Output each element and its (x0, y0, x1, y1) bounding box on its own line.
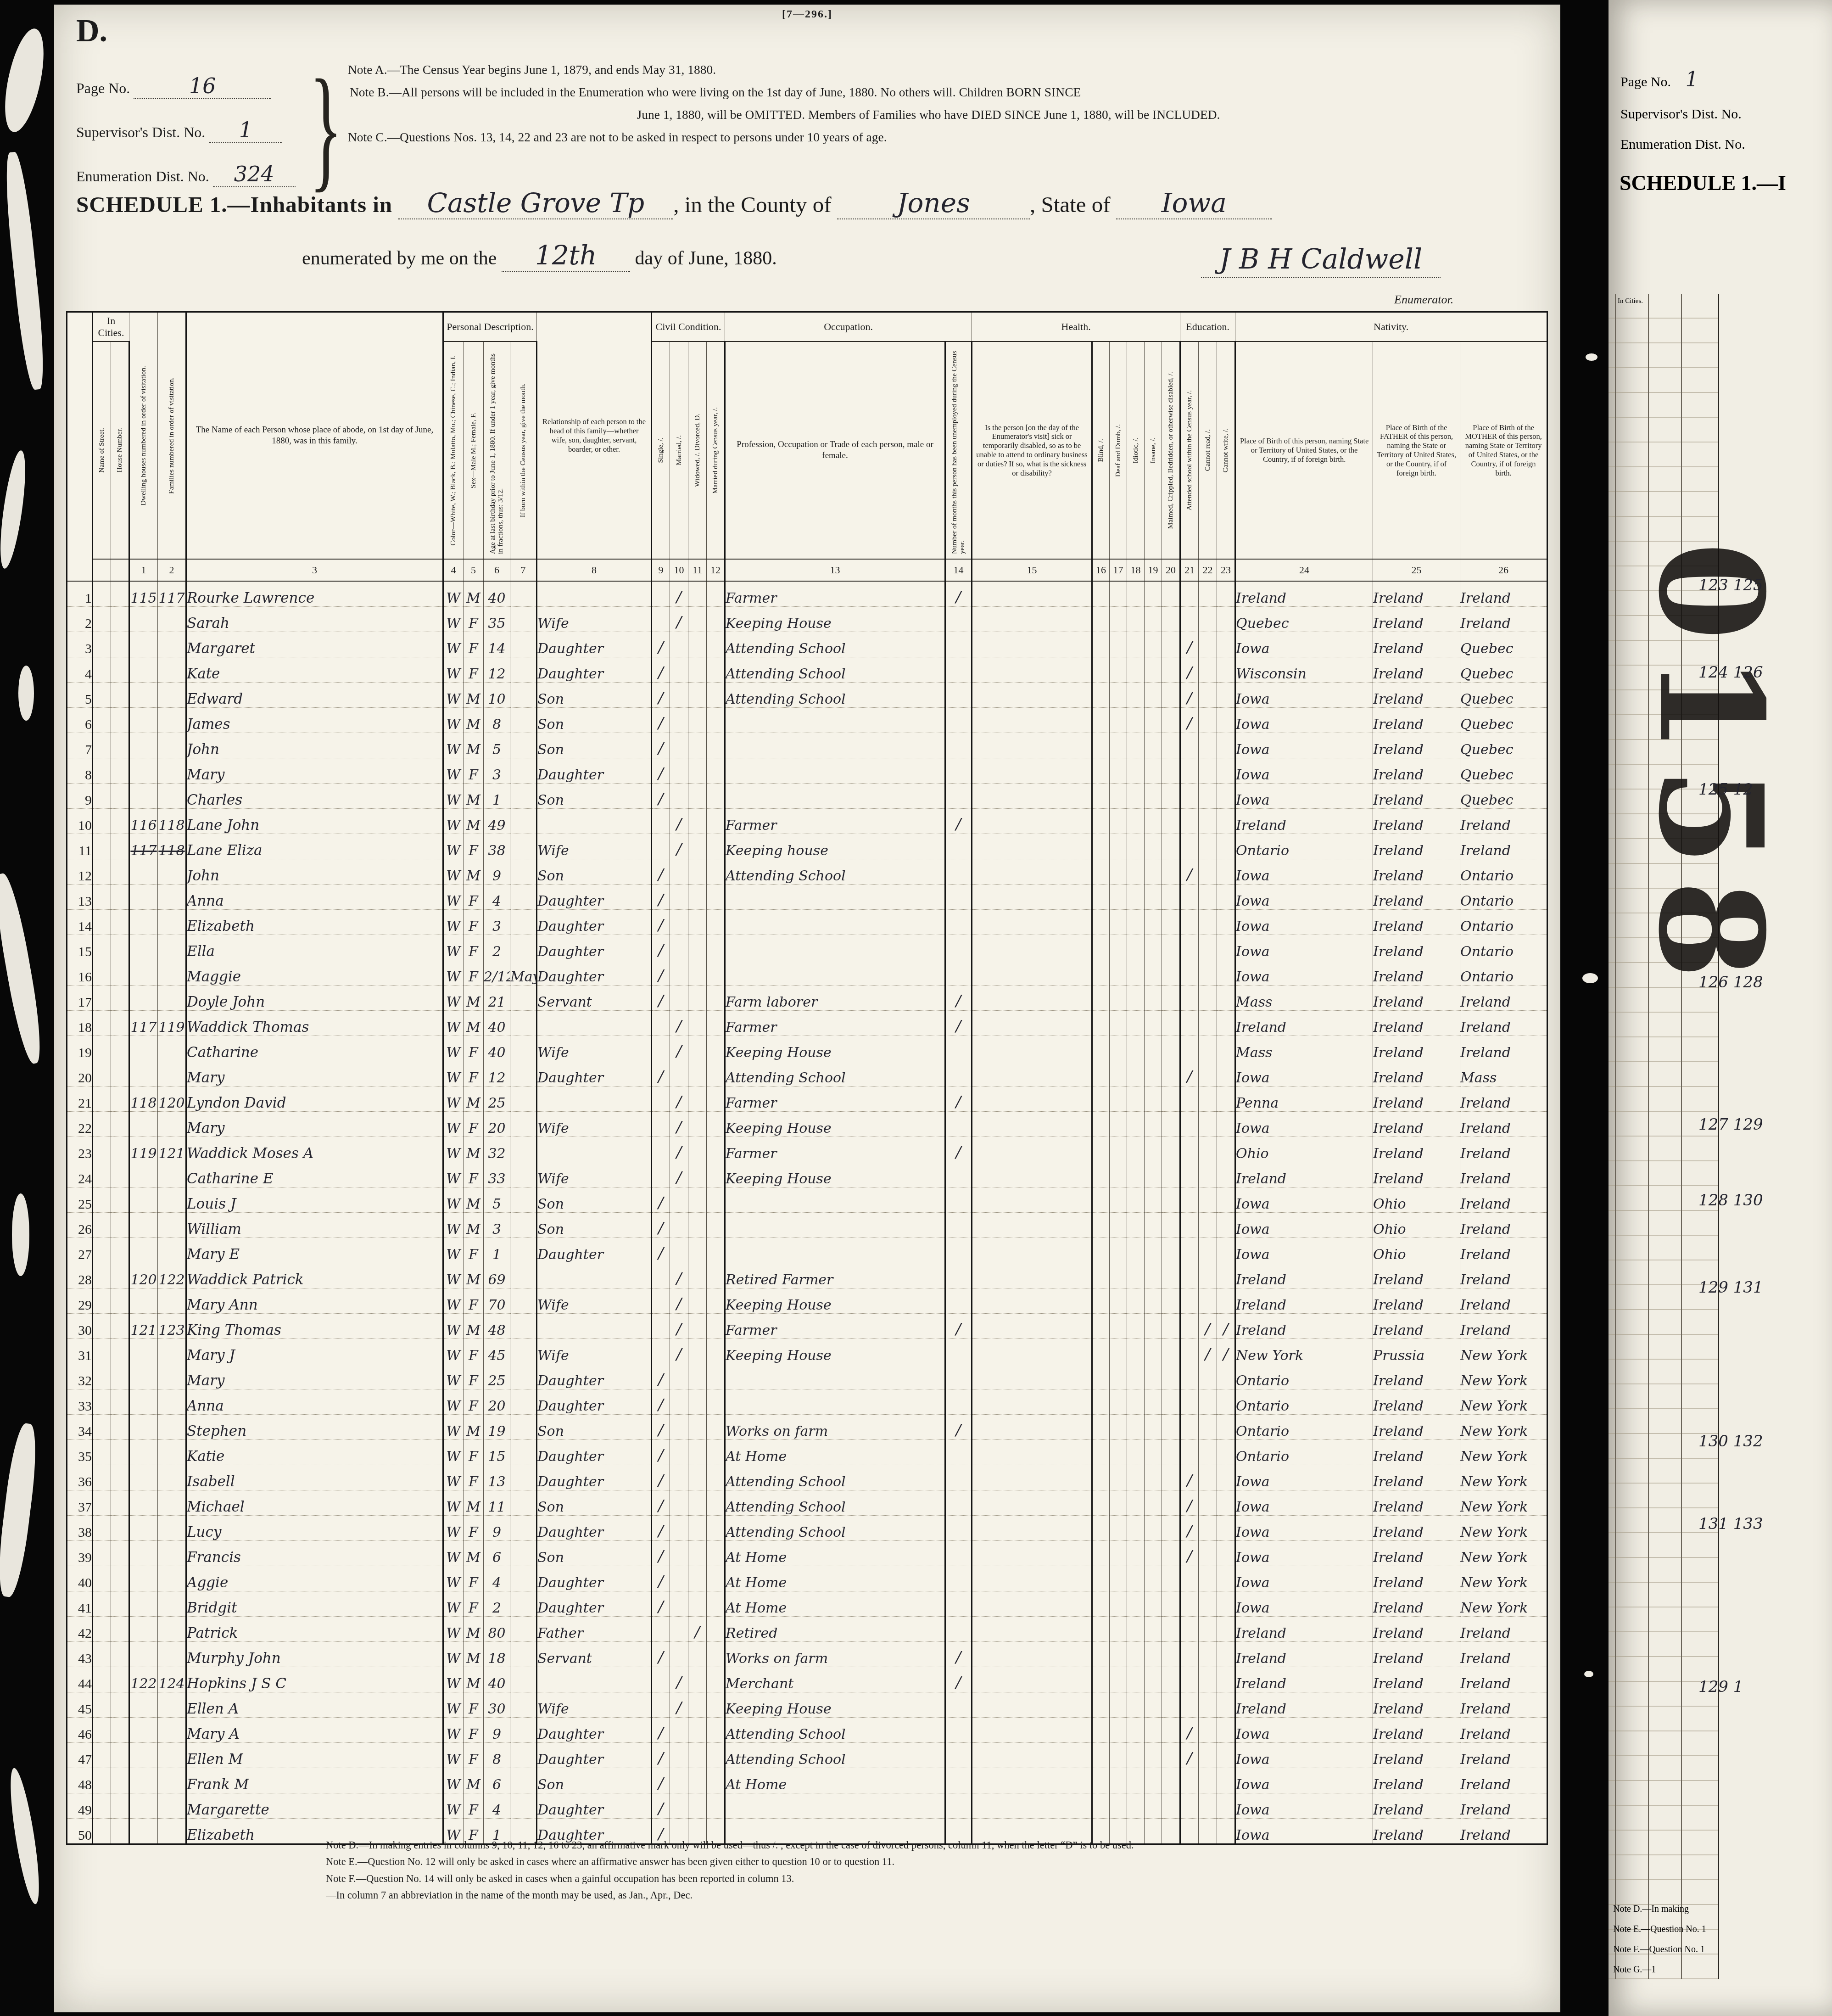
enum-day-value: 12th (535, 240, 597, 271)
cell-occupation (725, 1213, 945, 1238)
cell-street (93, 1339, 111, 1364)
cell-widowed (688, 1793, 707, 1819)
cell-single (652, 1667, 670, 1692)
cell-sickness (972, 910, 1092, 935)
cell-idiotic (1127, 1566, 1145, 1591)
cell-attended-school (1180, 1566, 1199, 1591)
cell-attended-school (1180, 1440, 1199, 1465)
cell-mother-birthplace: Ireland (1460, 581, 1547, 607)
cell-widowed (688, 1692, 707, 1718)
cell-name: Edward (186, 683, 443, 708)
cell-relationship: Wife (537, 1288, 652, 1314)
cell-house (111, 1238, 129, 1263)
cell-attended-school (1180, 1086, 1199, 1112)
cell-house (111, 657, 129, 683)
cell-insane (1145, 1465, 1162, 1490)
cell-family: 119 (158, 1011, 186, 1036)
cell-sickness (972, 1364, 1092, 1389)
column-label: House Number. (115, 425, 124, 475)
cell-insane (1145, 1187, 1162, 1213)
cell-father-birthplace: Ireland (1373, 1415, 1460, 1440)
cell-widowed (688, 607, 707, 632)
cell-occupation (725, 1793, 945, 1819)
cell-age: 14 (484, 632, 510, 657)
cell-family (158, 1516, 186, 1541)
cell-insane (1145, 1061, 1162, 1086)
row-number: 41 (67, 1591, 93, 1617)
supervisor-dist-label: Supervisor's Dist. No. (76, 124, 205, 140)
cell-mother-birthplace: Ontario (1460, 935, 1547, 960)
column-label: Name of Street. (97, 425, 106, 476)
cell-occupation: Merchant (725, 1667, 945, 1692)
cell-deaf (1110, 1768, 1127, 1793)
cell-single: / (652, 885, 670, 910)
cell-idiotic (1127, 1591, 1145, 1617)
cell-attended-school: / (1180, 657, 1199, 683)
column-label: Place of Birth of this person, naming St… (1236, 435, 1373, 465)
cell-months-unemployed (945, 1364, 972, 1389)
cell-maimed (1162, 809, 1180, 834)
cell-birthplace: Iowa (1235, 1213, 1373, 1238)
cell-widowed (688, 1339, 707, 1364)
cell-father-birthplace: Prussia (1373, 1339, 1460, 1364)
cell-attended-school: / (1180, 708, 1199, 733)
cell-married (670, 1364, 688, 1389)
person-row: 24Catharine EWF33Wife/Keeping HouseIrela… (67, 1162, 1547, 1187)
cell-color: W (443, 657, 464, 683)
person-row: 10116118Lane JohnWM49/Farmer/IrelandIrel… (67, 809, 1547, 834)
cell-cannot-write (1217, 1465, 1235, 1490)
cell-age: 25 (484, 1086, 510, 1112)
cell-birth-month (510, 1263, 537, 1288)
cell-sex: M (464, 1617, 484, 1642)
cell-married (670, 1238, 688, 1263)
person-row: 18117119Waddick ThomasWM40/Farmer/Irelan… (67, 1011, 1547, 1036)
cell-occupation (725, 1389, 945, 1415)
cell-birthplace: Ontario (1235, 834, 1373, 859)
col-m-header: Married, /. (670, 342, 688, 559)
cell-deaf (1110, 683, 1127, 708)
cell-cannot-read (1199, 1288, 1217, 1314)
cell-insane (1145, 935, 1162, 960)
cell-relationship: Daughter (537, 1516, 652, 1541)
cell-cannot-write (1217, 581, 1235, 607)
cell-blind (1092, 1793, 1110, 1819)
cell-father-birthplace: Ireland (1373, 834, 1460, 859)
cell-cannot-read (1199, 683, 1217, 708)
cell-birth-month: May (510, 960, 537, 986)
cell-attended-school (1180, 1768, 1199, 1793)
cell-dwelling (129, 960, 158, 986)
cell-mother-birthplace: Ireland (1460, 1617, 1547, 1642)
person-row: 46Mary AWF9Daughter/Attending School/Iow… (67, 1718, 1547, 1743)
cell-street (93, 1667, 111, 1692)
cell-occupation: Keeping house (725, 834, 945, 859)
cell-blind (1092, 1692, 1110, 1718)
cell-insane (1145, 1692, 1162, 1718)
cell-house (111, 1162, 129, 1187)
cell-age: 4 (484, 885, 510, 910)
cell-widowed (688, 885, 707, 910)
cell-months-unemployed (945, 1718, 972, 1743)
row-number: 12 (67, 859, 93, 885)
cell-dwelling (129, 1465, 158, 1490)
cell-birthplace: Iowa (1235, 1718, 1373, 1743)
row-number: 4 (67, 657, 93, 683)
cell-birth-month (510, 1288, 537, 1314)
cell-sex: F (464, 632, 484, 657)
col-number: 20 (1162, 559, 1180, 581)
enumerator-signature: J B H Caldwell (1146, 243, 1495, 275)
cell-family (158, 859, 186, 885)
bottom-note-g: —In column 7 an abbreviation in the name… (326, 1887, 1537, 1904)
cell-street (93, 885, 111, 910)
row-number: 37 (67, 1490, 93, 1516)
cell-age: 45 (484, 1339, 510, 1364)
col-blind-header: Blind, /. (1092, 342, 1110, 559)
cell-mother-birthplace: Quebec (1460, 758, 1547, 784)
cell-mother-birthplace: Ireland (1460, 1263, 1547, 1288)
cell-mother-birthplace: Ireland (1460, 1213, 1547, 1238)
cell-insane (1145, 1793, 1162, 1819)
col-street-header: Name of Street. (93, 342, 111, 559)
cell-birthplace: Ireland (1235, 1692, 1373, 1718)
cell-relationship: Daughter (537, 632, 652, 657)
cell-attended-school: / (1180, 1465, 1199, 1490)
cell-deaf (1110, 1263, 1127, 1288)
cell-name: Charles (186, 784, 443, 809)
cell-months-unemployed (945, 1768, 972, 1793)
cell-single: / (652, 1591, 670, 1617)
cell-house (111, 581, 129, 607)
cell-maimed (1162, 1314, 1180, 1339)
cell-name: John (186, 733, 443, 758)
cell-father-birthplace: Ireland (1373, 1086, 1460, 1112)
cell-relationship: Daughter (537, 885, 652, 910)
cell-sex: F (464, 1238, 484, 1263)
cell-house (111, 1516, 129, 1541)
cell-months-unemployed (945, 1036, 972, 1061)
cell-age: 5 (484, 733, 510, 758)
cell-widowed (688, 657, 707, 683)
cell-color: W (443, 809, 464, 834)
cell-street (93, 657, 111, 683)
cell-married (670, 1768, 688, 1793)
cell-family (158, 885, 186, 910)
column-label: Married, /. (674, 432, 684, 468)
cell-family (158, 1490, 186, 1516)
cell-street (93, 834, 111, 859)
cell-maimed (1162, 1541, 1180, 1566)
cell-birthplace: Iowa (1235, 733, 1373, 758)
cell-attended-school: / (1180, 1516, 1199, 1541)
cell-age: 9 (484, 1516, 510, 1541)
cell-family (158, 1566, 186, 1591)
cell-widowed (688, 1718, 707, 1743)
signature-value: J B H Caldwell (1201, 243, 1441, 278)
cell-mother-birthplace: Quebec (1460, 657, 1547, 683)
cell-relationship: Servant (537, 986, 652, 1011)
cell-married (670, 1793, 688, 1819)
cell-maimed (1162, 1389, 1180, 1415)
cell-widowed (688, 1288, 707, 1314)
cell-sickness (972, 1288, 1092, 1314)
col-sick-header: Is the person [on the day of the Enumera… (972, 342, 1092, 559)
cell-age: 6 (484, 1768, 510, 1793)
cell-maimed (1162, 1566, 1180, 1591)
cell-color: W (443, 581, 464, 607)
cell-age: 3 (484, 758, 510, 784)
cell-dwelling (129, 1112, 158, 1137)
row-number: 9 (67, 784, 93, 809)
cell-sex: M (464, 683, 484, 708)
cell-sickness (972, 1137, 1092, 1162)
cell-blind (1092, 1440, 1110, 1465)
person-row: 4KateWF12Daughter/Attending School/Wisco… (67, 657, 1547, 683)
cell-blind (1092, 657, 1110, 683)
cell-married-census-year (707, 708, 725, 733)
cell-cannot-write (1217, 1036, 1235, 1061)
cell-dwelling (129, 1566, 158, 1591)
col-number: 8 (537, 559, 652, 581)
row-number: 15 (67, 935, 93, 960)
cell-cannot-read (1199, 1389, 1217, 1415)
cell-father-birthplace: Ireland (1373, 708, 1460, 733)
cell-sex: F (464, 1692, 484, 1718)
column-label: Single, /. (656, 435, 665, 466)
cell-age: 21 (484, 986, 510, 1011)
cell-father-birthplace: Ireland (1373, 1516, 1460, 1541)
cell-insane (1145, 1314, 1162, 1339)
cell-insane (1145, 1440, 1162, 1465)
cell-color: W (443, 1137, 464, 1162)
cell-insane (1145, 1036, 1162, 1061)
cell-cannot-write (1217, 1743, 1235, 1768)
cell-dwelling (129, 1793, 158, 1819)
cell-deaf (1110, 1718, 1127, 1743)
cell-birth-month (510, 1314, 537, 1339)
film-left-edge (0, 0, 54, 2016)
person-row: 21118120Lyndon DavidWM25/Farmer/PennaIre… (67, 1086, 1547, 1112)
cell-father-birthplace: Ireland (1373, 1389, 1460, 1415)
cell-family (158, 733, 186, 758)
county-label: , in the County of (673, 192, 831, 217)
cell-cannot-read (1199, 1112, 1217, 1137)
supervisor-dist-value: 1 (231, 118, 261, 143)
col-number: 14 (945, 559, 972, 581)
cell-blind (1092, 784, 1110, 809)
cell-months-unemployed (945, 733, 972, 758)
person-row: 36IsabellWF13Daughter/Attending School/I… (67, 1465, 1547, 1490)
cell-sickness (972, 1617, 1092, 1642)
col-number: 3 (186, 559, 443, 581)
cell-single (652, 809, 670, 834)
cell-cannot-write (1217, 1591, 1235, 1617)
cell-idiotic (1127, 1465, 1145, 1490)
cell-idiotic (1127, 986, 1145, 1011)
cell-birth-month (510, 1591, 537, 1617)
cell-cannot-read (1199, 910, 1217, 935)
cell-maimed (1162, 632, 1180, 657)
cell-birthplace: Iowa (1235, 632, 1373, 657)
cell-house (111, 1364, 129, 1389)
col-write-header: Cannot write, /. (1217, 342, 1235, 559)
cell-birth-month (510, 1566, 537, 1591)
cell-dwelling (129, 1743, 158, 1768)
col-name-header: The Name of each Person whose place of a… (186, 312, 443, 560)
cell-house (111, 1314, 129, 1339)
cell-maimed (1162, 683, 1180, 708)
cell-dwelling (129, 1819, 158, 1844)
cell-cannot-read (1199, 581, 1217, 607)
next-supervisor-dist-label: Supervisor's Dist. No. (1620, 106, 1742, 122)
cell-age: 20 (484, 1112, 510, 1137)
cell-months-unemployed (945, 1112, 972, 1137)
cell-insane (1145, 657, 1162, 683)
cell-occupation (725, 1187, 945, 1213)
cell-house (111, 1692, 129, 1718)
cell-occupation: Farm laborer (725, 986, 945, 1011)
cell-blind (1092, 1743, 1110, 1768)
cell-dwelling (129, 1591, 158, 1617)
cell-idiotic (1127, 1718, 1145, 1743)
column-label: Dwelling houses numbered in order of vis… (139, 363, 148, 508)
enumeration-dist-line: Enumeration Dist. No. 324 (76, 162, 333, 187)
cell-blind (1092, 632, 1110, 657)
cell-street (93, 733, 111, 758)
cell-house (111, 1339, 129, 1364)
cell-family (158, 1415, 186, 1440)
cell-house (111, 834, 129, 859)
cell-cannot-write: / (1217, 1314, 1235, 1339)
person-row: 20MaryWF12Daughter/Attending School/Iowa… (67, 1061, 1547, 1086)
cell-occupation: Attending School (725, 859, 945, 885)
cell-married: / (670, 1339, 688, 1364)
column-label: Married during Census year, /. (710, 404, 720, 497)
cell-insane (1145, 1718, 1162, 1743)
cell-sex: M (464, 1213, 484, 1238)
cell-dwelling: 122 (129, 1667, 158, 1692)
next-page-dwelling-pair: 129 1 (1698, 1678, 1743, 1696)
cell-sex: M (464, 1187, 484, 1213)
cell-insane (1145, 1213, 1162, 1238)
cell-birthplace: Iowa (1235, 758, 1373, 784)
cell-sickness (972, 1389, 1092, 1415)
cell-color: W (443, 910, 464, 935)
cell-insane (1145, 607, 1162, 632)
cell-months-unemployed (945, 1617, 972, 1642)
cell-single: / (652, 986, 670, 1011)
cell-birth-month (510, 809, 537, 834)
cell-insane (1145, 1415, 1162, 1440)
cell-street (93, 1718, 111, 1743)
cell-family (158, 1339, 186, 1364)
col-number: 11 (688, 559, 707, 581)
cell-family (158, 1743, 186, 1768)
row-number: 38 (67, 1516, 93, 1541)
next-page-column-line (1615, 294, 1616, 1979)
cell-color: W (443, 1086, 464, 1112)
cell-mother-birthplace: Ireland (1460, 1011, 1547, 1036)
cell-street (93, 1793, 111, 1819)
cell-idiotic (1127, 708, 1145, 733)
cell-blind (1092, 1364, 1110, 1389)
cell-months-unemployed: / (945, 1642, 972, 1667)
cell-attended-school (1180, 1591, 1199, 1617)
cell-insane (1145, 1566, 1162, 1591)
cell-occupation: Works on farm (725, 1415, 945, 1440)
cell-relationship (537, 1011, 652, 1036)
cell-birth-month (510, 1793, 537, 1819)
cell-occupation (725, 885, 945, 910)
col-house-header: House Number. (111, 342, 129, 559)
cell-birthplace: Mass (1235, 1036, 1373, 1061)
cell-insane (1145, 1364, 1162, 1389)
cell-father-birthplace: Ireland (1373, 1112, 1460, 1137)
cell-cannot-read (1199, 1415, 1217, 1440)
person-row: 26WilliamWM3Son/IowaOhioIreland (67, 1213, 1547, 1238)
cell-blind (1092, 1591, 1110, 1617)
cell-family (158, 1768, 186, 1793)
cell-birth-month (510, 834, 537, 859)
cell-dwelling: 118 (129, 1086, 158, 1112)
cell-relationship: Daughter (537, 1389, 652, 1415)
cell-father-birthplace: Ireland (1373, 1591, 1460, 1617)
person-row: 47Ellen MWF8Daughter/Attending School/Io… (67, 1743, 1547, 1768)
cell-married: / (670, 1137, 688, 1162)
cell-birthplace: Iowa (1235, 708, 1373, 733)
col-family-header: Families numbered in order of visitation… (158, 312, 186, 560)
cell-family (158, 910, 186, 935)
cell-widowed (688, 1566, 707, 1591)
cell-widowed (688, 1137, 707, 1162)
cell-widowed (688, 1440, 707, 1465)
cell-age: 13 (484, 1465, 510, 1490)
cell-sickness (972, 1718, 1092, 1743)
col-number: 10 (670, 559, 688, 581)
cell-married: / (670, 809, 688, 834)
cell-sex: F (464, 1036, 484, 1061)
cell-dwelling: 117 (129, 1011, 158, 1036)
cell-sex: F (464, 910, 484, 935)
cell-dwelling (129, 683, 158, 708)
person-row: 32MaryWF25Daughter/OntarioIrelandNew Yor… (67, 1364, 1547, 1389)
film-scratch (0, 872, 47, 1066)
cell-house (111, 1213, 129, 1238)
cell-married-census-year (707, 859, 725, 885)
cell-insane (1145, 1541, 1162, 1566)
cell-mother-birthplace: Ireland (1460, 1187, 1547, 1213)
row-number: 27 (67, 1238, 93, 1263)
cell-family (158, 683, 186, 708)
cell-married (670, 1490, 688, 1516)
next-page-dwelling-pair: 124 126 (1698, 663, 1763, 682)
cell-dwelling: 116 (129, 809, 158, 834)
cell-family (158, 1793, 186, 1819)
cell-street (93, 1768, 111, 1793)
cell-family (158, 1036, 186, 1061)
cell-name: Mary J (186, 1339, 443, 1364)
cell-maimed (1162, 1263, 1180, 1288)
person-row: 3MargaretWF14Daughter/Attending School/I… (67, 632, 1547, 657)
cell-house (111, 607, 129, 632)
cell-street (93, 809, 111, 834)
cell-age: 4 (484, 1793, 510, 1819)
cell-insane (1145, 683, 1162, 708)
cell-cannot-write (1217, 1112, 1235, 1137)
enumeration-dist-value: 324 (226, 162, 283, 187)
cell-maimed (1162, 935, 1180, 960)
